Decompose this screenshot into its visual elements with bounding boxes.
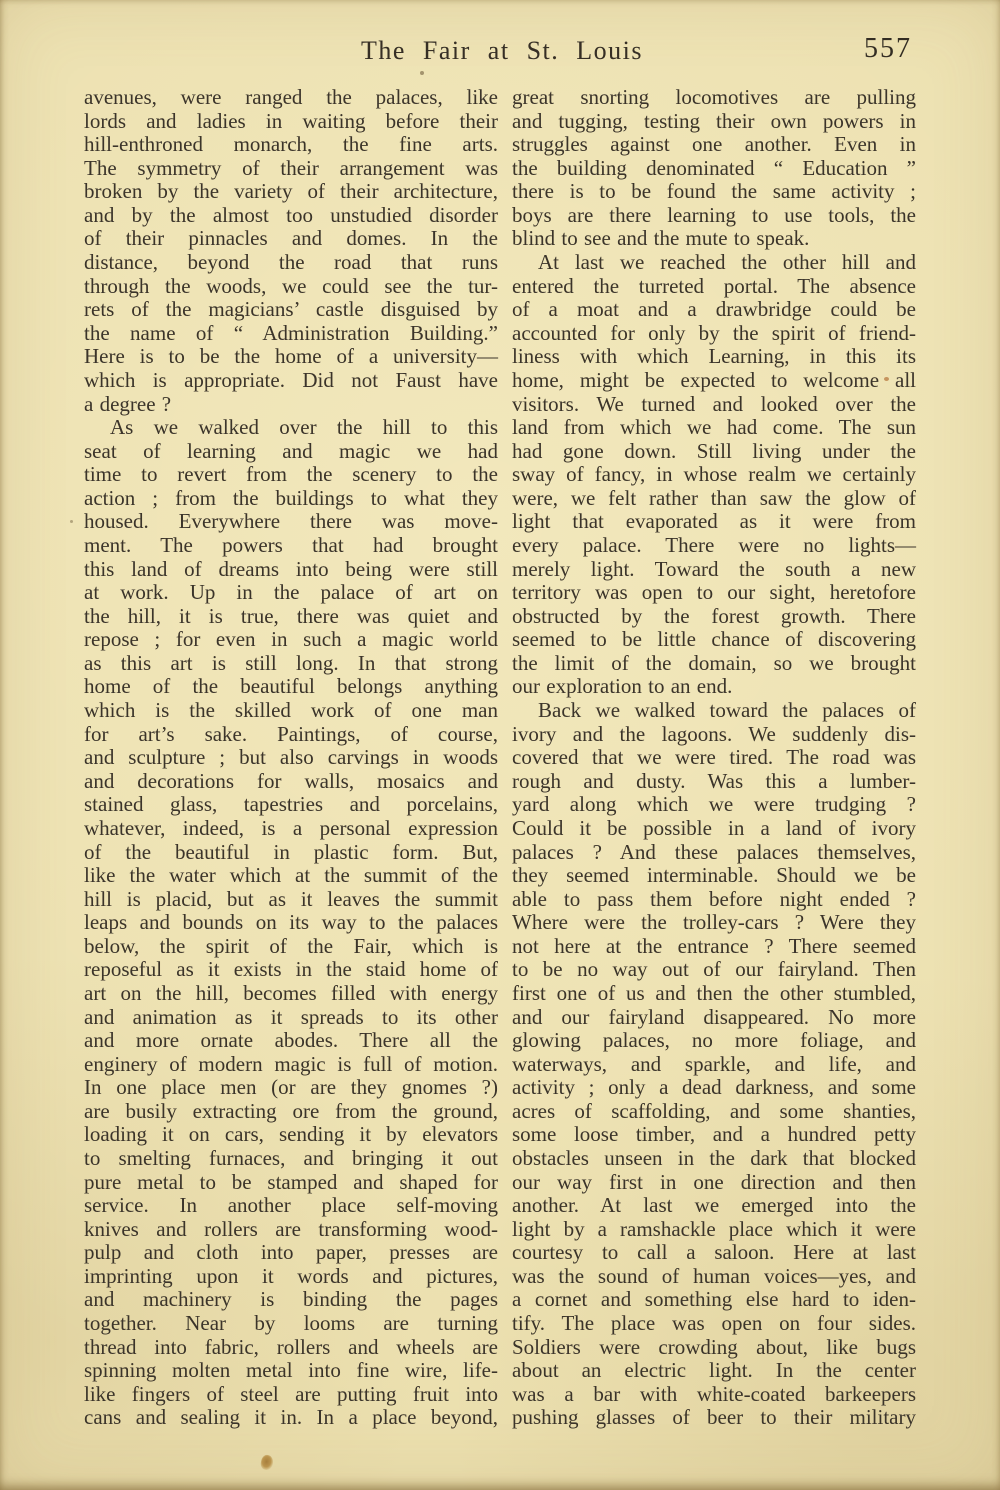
text-line: housed. Everywhere there was move- [84,510,498,534]
text-line: and tugging, testing their own powers in [512,110,916,134]
paper-speck [70,520,73,523]
text-line: seat of learning and magic we had [84,440,498,464]
text-line: visitors. We turned and looked over the [512,393,916,417]
text-line: reposeful as it exists in the staid home… [84,958,498,982]
text-line: The symmetry of their arrangement was [84,157,498,181]
text-line: hill is placid, but as it leaves the sum… [84,888,498,912]
text-line: another. At last we emerged into the [512,1194,916,1218]
text-line: covered that we were tired. The road was [512,746,916,770]
text-line: whatever, indeed, is a personal expressi… [84,817,498,841]
text-line: activity ; only a dead darkness, and som… [512,1076,916,1100]
text-line: some loose timber, and a hundred petty [512,1123,916,1147]
text-line: and more ornate abodes. There all the [84,1029,498,1053]
text-line: great snorting locomotives are pulling [512,86,916,110]
text-line: home, might be expected to welcome all [512,369,916,393]
text-line: avenues, were ranged the palaces, like [84,86,498,110]
text-line: art on the hill, becomes filled with ene… [84,982,498,1006]
paper-stain [260,1454,275,1471]
text-line: for art’s sake. Paintings, of course, [84,723,498,747]
text-line: first one of us and then the other stumb… [512,982,916,1006]
left-text-column: avenues, were ranged the palaces, likelo… [84,86,498,1430]
text-line: waterways, and sparkle, and life, and [512,1053,916,1077]
text-line: and decorations for walls, mosaics and [84,770,498,794]
text-line: sway of fancy, in whose realm we certain… [512,463,916,487]
text-line: at work. Up in the palace of art on [84,581,498,605]
text-line: Where were the trolley-cars ? Were they [512,911,916,935]
text-line: had gone down. Still living under the [512,440,916,464]
text-line: courtesy to call a saloon. Here at last [512,1241,916,1265]
text-line: to smelting furnaces, and bringing it ou… [84,1147,498,1171]
text-line: through the woods, we could see the tur- [84,275,498,299]
text-line: rets of the magicians’ castle disguised … [84,298,498,322]
text-line: able to pass them before night ended ? [512,888,916,912]
text-line: pure metal to be stamped and shaped for [84,1171,498,1195]
text-line: palaces ? And these palaces themselves, [512,841,916,865]
text-line: repose ; for even in such a magic world [84,628,498,652]
text-line: of their pinnacles and domes. In the [84,227,498,251]
text-line: liness with which Learning, in this its [512,345,916,369]
text-line: a cornet and something else hard to iden… [512,1288,916,1312]
text-line: which is the skilled work of one man [84,699,498,723]
text-line: Back we walked toward the palaces of [512,699,916,723]
text-line: the hill, it is true, there was quiet an… [84,605,498,629]
text-line: leaps and bounds on its way to the palac… [84,911,498,935]
text-line: In one place men (or are they gnomes ?) [84,1076,498,1100]
text-line: spinning molten metal into fine wire, li… [84,1359,498,1383]
text-line: blind to see and the mute to speak. [512,227,916,251]
text-line: tify. The place was open on four sides. [512,1312,916,1336]
text-line: pulp and cloth into paper, presses are [84,1241,498,1265]
text-line: rough and dusty. Was this a lumber- [512,770,916,794]
text-line: below, the spirit of the Fair, which is [84,935,498,959]
text-line: are busily extracting ore from the groun… [84,1100,498,1124]
text-line: merely light. Toward the south a new [512,558,916,582]
book-page: The Fair at St. Louis 557 avenues, were … [0,0,1000,1490]
text-line: hill-enthroned monarch, the fine arts. [84,133,498,157]
paper-speck [884,377,889,381]
text-line: Here is to be the home of a university— [84,345,498,369]
text-line: were, we felt rather than saw the glow o… [512,487,916,511]
text-line: glowing palaces, no more foliage, and [512,1029,916,1053]
text-line: light that evaporated as it were from [512,510,916,534]
text-line: of a moat and a drawbridge could be [512,298,916,322]
text-line: seemed to be little chance of discoverin… [512,628,916,652]
text-line: which is appropriate. Did not Faust have [84,369,498,393]
text-line: As we walked over the hill to this [84,416,498,440]
text-line: knives and rollers are transforming wood… [84,1218,498,1242]
text-line: struggles against one another. Even in [512,133,916,157]
text-line: stained glass, tapestries and porcelains… [84,793,498,817]
text-line: At last we reached the other hill and [512,251,916,275]
text-line: and animation as it spreads to its other [84,1006,498,1030]
text-line: to be no way out of our fairyland. Then [512,958,916,982]
text-line: the limit of the domain, so we brought [512,652,916,676]
text-line: distance, beyond the road that runs [84,251,498,275]
text-line: imprinting upon it words and pictures, [84,1265,498,1289]
text-line: light by a ramshackle place which it wer… [512,1218,916,1242]
text-line: ment. The powers that had brought [84,534,498,558]
text-line: of the beautiful in plastic form. But, [84,841,498,865]
text-line: was a bar with white-coated barkeepers [512,1383,916,1407]
paper-speck [420,71,424,75]
text-line: boys are there learning to use tools, th… [512,204,916,228]
text-line: was the sound of human voices—yes, and [512,1265,916,1289]
text-line: our way first in one direction and then [512,1171,916,1195]
text-line: and machinery is binding the pages [84,1288,498,1312]
text-line: not here at the entrance ? There seemed [512,935,916,959]
text-line: our exploration to an end. [512,675,916,699]
text-line: pushing glasses of beer to their militar… [512,1406,916,1430]
text-line: broken by the variety of their architect… [84,180,498,204]
text-line: the name of “ Administration Building.” [84,322,498,346]
text-line: enginery of modern magic is full of moti… [84,1053,498,1077]
text-line: loading it on cars, sending it by elevat… [84,1123,498,1147]
running-title: The Fair at St. Louis [361,36,643,66]
text-line: service. In another place self-moving [84,1194,498,1218]
text-line: home of the beautiful belongs anything [84,675,498,699]
text-line: and by the almost too unstudied disorder [84,204,498,228]
text-line: Soldiers were crowding about, like bugs [512,1336,916,1360]
text-line: and sculpture ; but also carvings in woo… [84,746,498,770]
text-line: together. Near by looms are turning [84,1312,498,1336]
text-line: the building denominated “ Education ” [512,157,916,181]
text-line: like fingers of steel are putting fruit … [84,1383,498,1407]
text-line: and our fairyland disappeared. No more [512,1006,916,1030]
text-line: Could it be possible in a land of ivory [512,817,916,841]
text-line: time to revert from the scenery to the [84,463,498,487]
text-line: ivory and the lagoons. We suddenly dis- [512,723,916,747]
text-line: cans and sealing it in. In a place beyon… [84,1406,498,1430]
text-line: territory was open to our sight, heretof… [512,581,916,605]
text-line: accounted for only by the spirit of frie… [512,322,916,346]
text-line: like the water which at the summit of th… [84,864,498,888]
text-line: this land of dreams into being were stil… [84,558,498,582]
text-line: yard along which we were trudging ? [512,793,916,817]
text-line: there is to be found the same activity ; [512,180,916,204]
text-line: thread into fabric, rollers and wheels a… [84,1336,498,1360]
text-line: a degree ? [84,393,498,417]
text-line: obstructed by the forest growth. There [512,605,916,629]
text-line: entered the turreted portal. The absence [512,275,916,299]
text-line: action ; from the buildings to what they [84,487,498,511]
text-line: land from which we had come. The sun [512,416,916,440]
text-line: acres of scaffolding, and some shanties, [512,1100,916,1124]
right-text-column: great snorting locomotives are pullingan… [512,86,916,1430]
text-line: they seemed interminable. Should we be [512,864,916,888]
text-line: about an electric light. In the center [512,1359,916,1383]
text-line: as this art is still long. In that stron… [84,652,498,676]
text-line: every palace. There were no lights— [512,534,916,558]
text-line: lords and ladies in waiting before their [84,110,498,134]
text-line: obstacles unseen in the dark that blocke… [512,1147,916,1171]
page-number: 557 [864,33,912,65]
